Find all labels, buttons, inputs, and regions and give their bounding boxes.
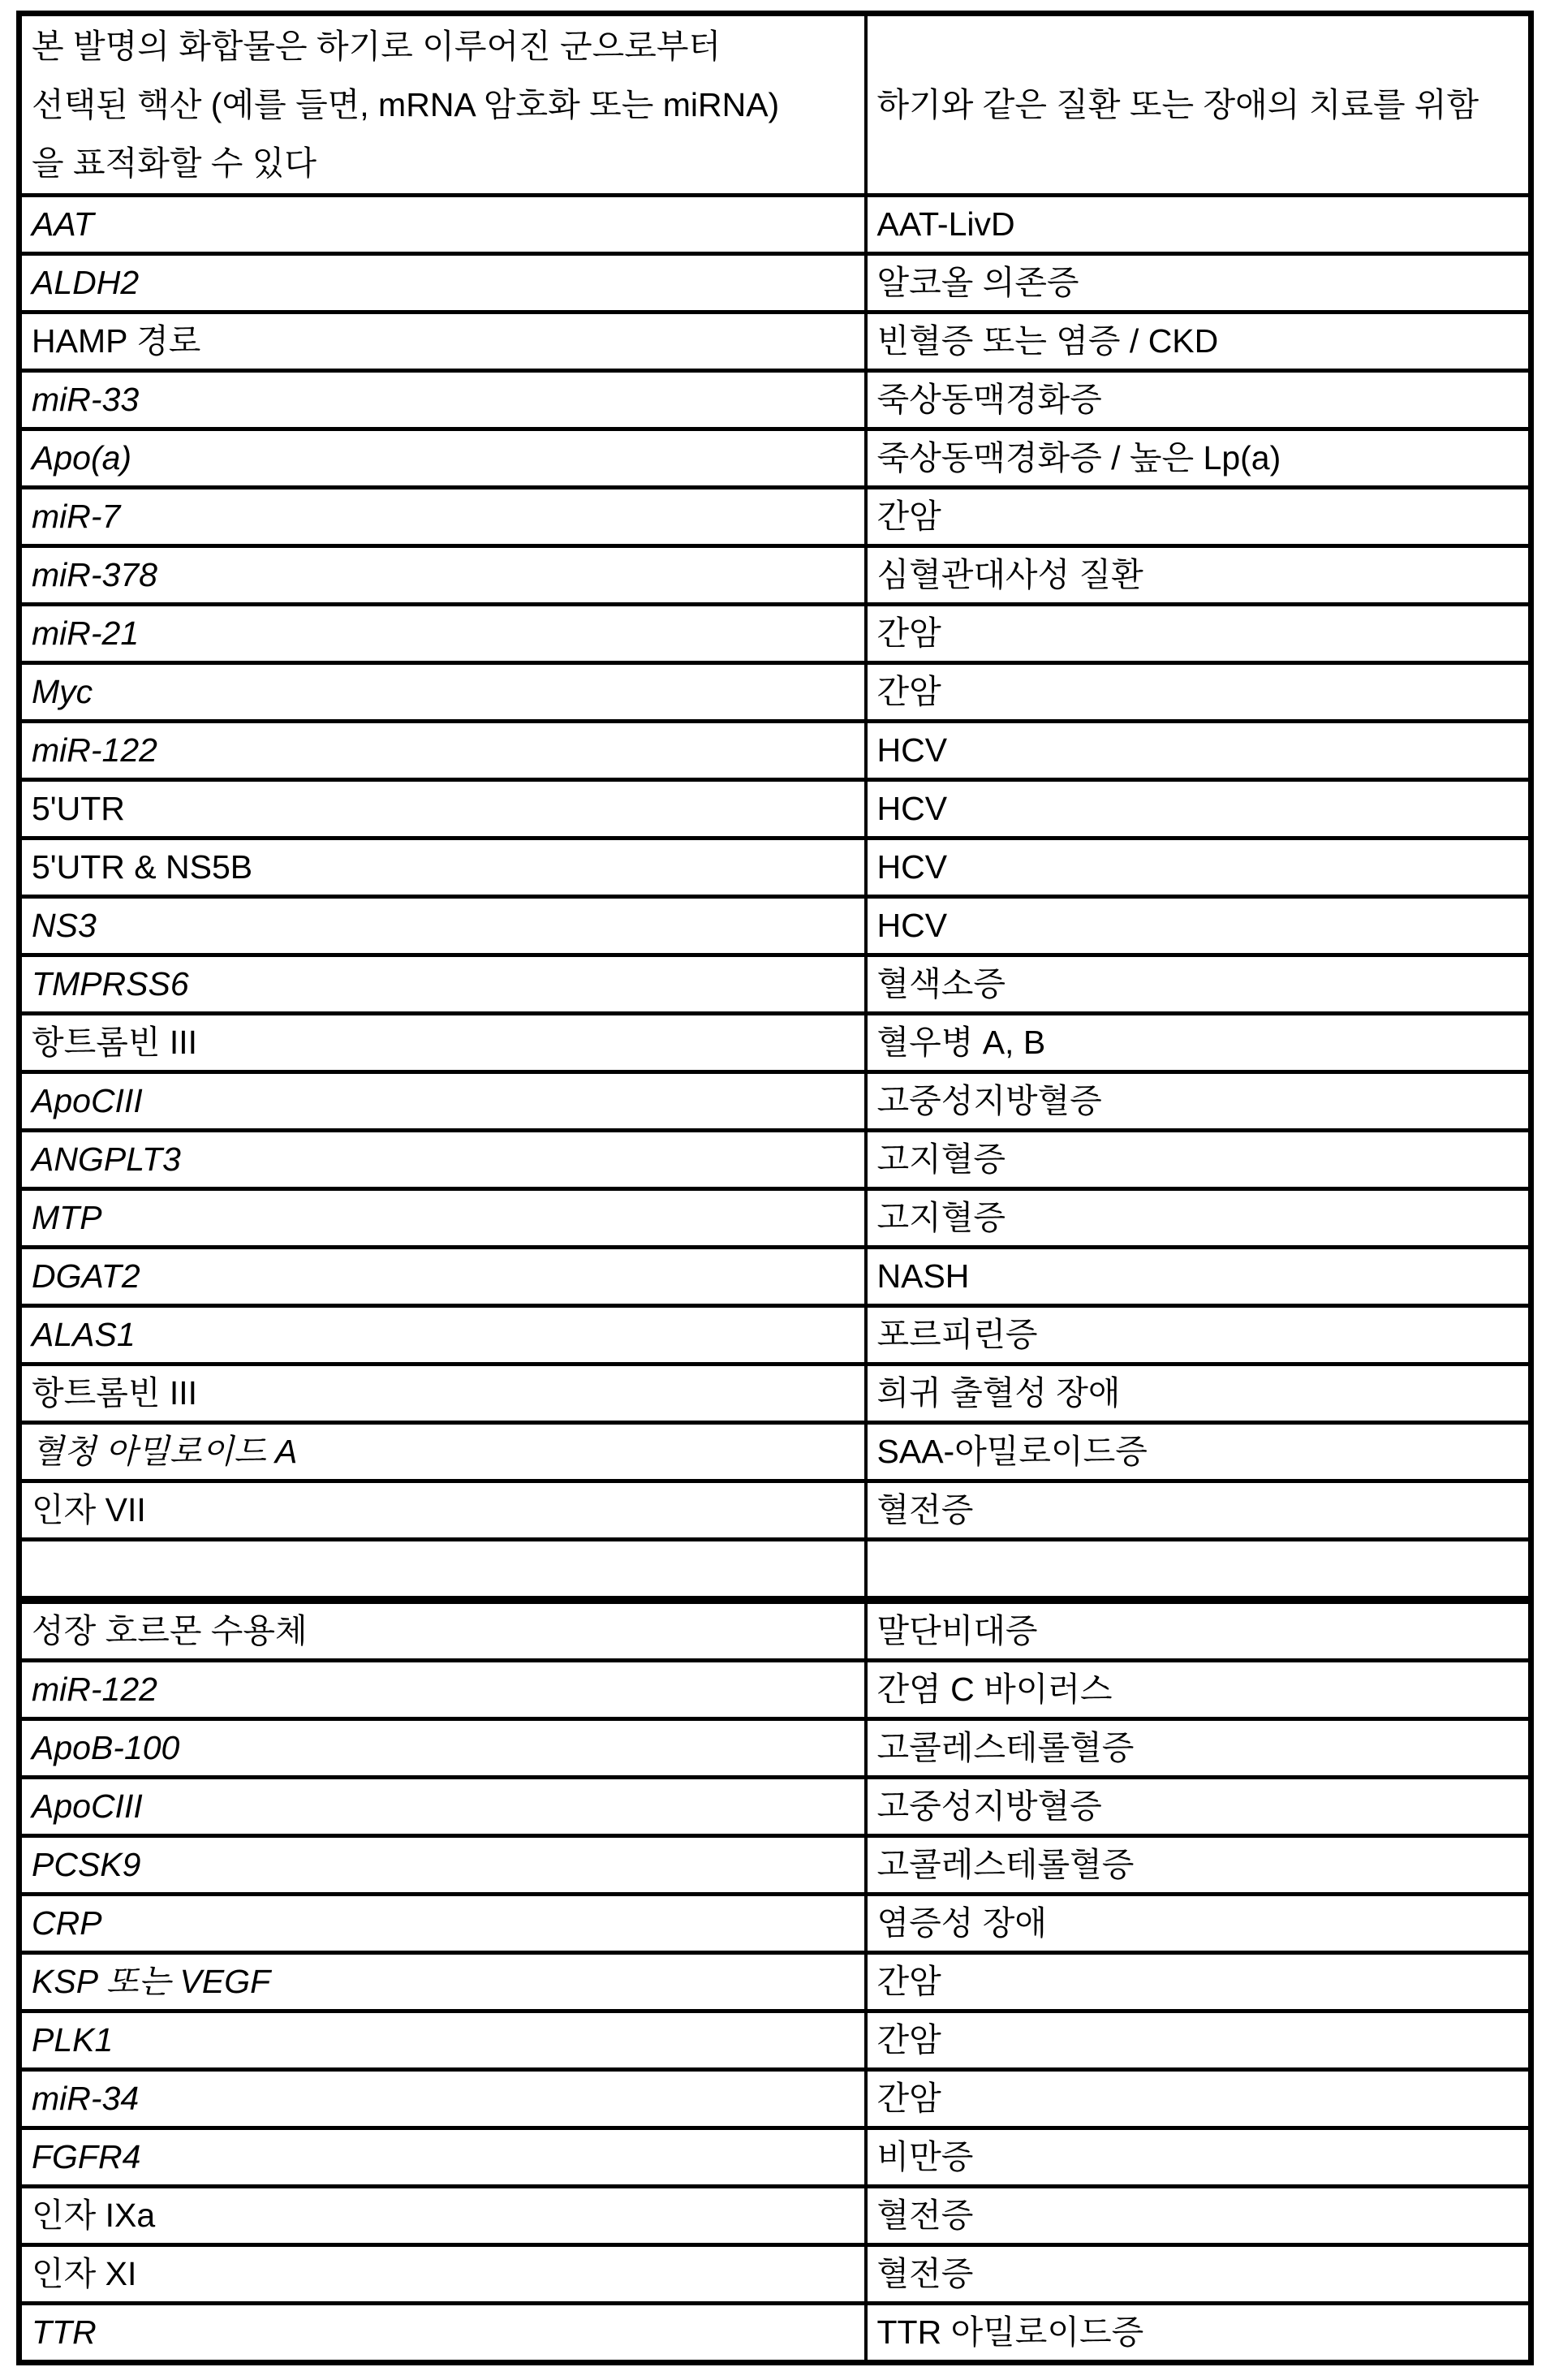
header-row: 본 발명의 화합물은 하기로 이루어진 군으로부터선택된 핵산 (예를 들면, … [19,14,1531,196]
target-cell: miR-33 [19,371,866,429]
disease-cell: 죽상동맥경화증 [866,371,1531,429]
target-cell: FGFR4 [19,2128,866,2187]
target-cell: TMPRSS6 [19,955,866,1014]
table-header: 본 발명의 화합물은 하기로 이루어진 군으로부터선택된 핵산 (예를 들면, … [19,14,1531,196]
target-cell: miR-21 [19,605,866,663]
disease-cell: 혈색소증 [866,955,1531,1014]
table-row: 5'UTRHCV [19,780,1531,839]
target-cell: ApoCIII [19,1072,866,1131]
disease-cell: 간암 [866,2070,1531,2128]
disease-cell: 염증성 장애 [866,1895,1531,1953]
disease-cell: 빈혈증 또는 염증 / CKD [866,313,1531,371]
disease-cell: NASH [866,1248,1531,1306]
table-row: 혈청 아밀로이드 ASAA-아밀로이드증 [19,1423,1531,1481]
target-cell: HAMP 경로 [19,313,866,371]
table-row: NS3HCV [19,897,1531,955]
target-cell: NS3 [19,897,866,955]
disease-cell: 비만증 [866,2128,1531,2187]
disease-cell: 알코올 의존증 [866,254,1531,313]
table-row: ApoCIII고중성지방혈증 [19,1072,1531,1131]
table-row: 인자 VII혈전증 [19,1481,1531,1540]
table-row: miR-33죽상동맥경화증 [19,371,1531,429]
target-cell: DGAT2 [19,1248,866,1306]
target-cell: ApoCIII [19,1778,866,1836]
disease-cell: 혈전증 [866,2187,1531,2245]
target-cell: PLK1 [19,2011,866,2070]
disease-cell: 혈우병 A, B [866,1014,1531,1072]
disease-cell: HCV [866,722,1531,780]
header-disease-text: 하기와 같은 질환 또는 장애의 치료를 위함 [877,86,1479,123]
disease-cell: AAT-LivD [866,196,1531,254]
disease-cell: 희귀 출혈성 장애 [866,1365,1531,1423]
target-cell: ALAS1 [19,1306,866,1365]
table-row: miR-122HCV [19,722,1531,780]
disease-cell: 혈전증 [866,1481,1531,1540]
disease-cell: 심혈관대사성 질환 [866,546,1531,605]
target-cell: ApoB-100 [19,1719,866,1778]
table-row: ApoB-100고콜레스테롤혈증 [19,1719,1531,1778]
table-row: CRP염증성 장애 [19,1895,1531,1953]
target-cell: ANGPLT3 [19,1131,866,1189]
target-cell: Myc [19,663,866,722]
disease-cell: HCV [866,780,1531,839]
disease-cell: 고지혈증 [866,1189,1531,1248]
disease-cell: 말단비대증 [866,1600,1531,1661]
target-disease-table: 본 발명의 화합물은 하기로 이루어진 군으로부터선택된 핵산 (예를 들면, … [16,11,1534,2365]
disease-cell: SAA-아밀로이드증 [866,1423,1531,1481]
disease-cell: 혈전증 [866,2245,1531,2304]
target-cell: AAT [19,196,866,254]
disease-cell: 간암 [866,663,1531,722]
table-row: TMPRSS6혈색소증 [19,955,1531,1014]
disease-cell: 고중성지방혈증 [866,1072,1531,1131]
table-row [19,1540,1531,1601]
table-row: Apo(a)죽상동맥경화증 / 높은 Lp(a) [19,429,1531,488]
disease-cell: 고콜레스테롤혈증 [866,1836,1531,1895]
table-row: miR-122간염 C 바이러스 [19,1661,1531,1719]
disease-cell: HCV [866,839,1531,897]
target-cell: PCSK9 [19,1836,866,1895]
table-row: 항트롬빈 III희귀 출혈성 장애 [19,1365,1531,1423]
target-cell: CRP [19,1895,866,1953]
disease-cell [866,1540,1531,1601]
table-row: AATAAT-LivD [19,196,1531,254]
table-row: 항트롬빈 III혈우병 A, B [19,1014,1531,1072]
target-cell: TTR [19,2304,866,2363]
target-cell: 성장 호르몬 수용체 [19,1600,866,1661]
table-row: 5'UTR & NS5BHCV [19,839,1531,897]
target-cell: 항트롬빈 III [19,1365,866,1423]
table-row: DGAT2NASH [19,1248,1531,1306]
disease-cell: 간암 [866,605,1531,663]
table-row: miR-21간암 [19,605,1531,663]
target-cell [19,1540,866,1601]
table-row: FGFR4비만증 [19,2128,1531,2187]
target-cell: 인자 VII [19,1481,866,1540]
table-row: ANGPLT3고지혈증 [19,1131,1531,1189]
table-row: MTP고지혈증 [19,1189,1531,1248]
target-cell: miR-378 [19,546,866,605]
table-row: ALDH2알코올 의존증 [19,254,1531,313]
disease-cell: 간암 [866,1953,1531,2011]
target-cell: Apo(a) [19,429,866,488]
disease-cell: 고중성지방혈증 [866,1778,1531,1836]
target-cell: 혈청 아밀로이드 A [19,1423,866,1481]
table-row: Myc간암 [19,663,1531,722]
table-row: HAMP 경로빈혈증 또는 염증 / CKD [19,313,1531,371]
table-row: PCSK9고콜레스테롤혈증 [19,1836,1531,1895]
table-row: TTRTTR 아밀로이드증 [19,2304,1531,2363]
table-row: ApoCIII고중성지방혈증 [19,1778,1531,1836]
disease-cell: 간암 [866,488,1531,546]
target-cell: ALDH2 [19,254,866,313]
target-cell: miR-7 [19,488,866,546]
header-target-cell: 본 발명의 화합물은 하기로 이루어진 군으로부터선택된 핵산 (예를 들면, … [19,14,866,196]
table-row: miR-34간암 [19,2070,1531,2128]
table-row: 인자 XI혈전증 [19,2245,1531,2304]
disease-cell: 고콜레스테롤혈증 [866,1719,1531,1778]
target-cell: 항트롬빈 III [19,1014,866,1072]
target-cell: 5'UTR [19,780,866,839]
target-cell: 5'UTR & NS5B [19,839,866,897]
target-cell: miR-122 [19,722,866,780]
disease-cell: TTR 아밀로이드증 [866,2304,1531,2363]
target-cell: miR-34 [19,2070,866,2128]
target-cell: miR-122 [19,1661,866,1719]
header-disease-cell: 하기와 같은 질환 또는 장애의 치료를 위함 [866,14,1531,196]
table-row: miR-378심혈관대사성 질환 [19,546,1531,605]
disease-cell: 포르피린증 [866,1306,1531,1365]
table-row: 인자 IXa혈전증 [19,2187,1531,2245]
table-row: PLK1간암 [19,2011,1531,2070]
disease-cell: 죽상동맥경화증 / 높은 Lp(a) [866,429,1531,488]
disease-cell: 간암 [866,2011,1531,2070]
table-row: KSP 또는 VEGF간암 [19,1953,1531,2011]
table-row: miR-7간암 [19,488,1531,546]
table-row: ALAS1포르피린증 [19,1306,1531,1365]
target-cell: 인자 IXa [19,2187,866,2245]
header-target-text: 본 발명의 화합물은 하기로 이루어진 군으로부터선택된 핵산 (예를 들면, … [32,17,858,192]
disease-cell: 고지혈증 [866,1131,1531,1189]
table-row: 성장 호르몬 수용체말단비대증 [19,1600,1531,1661]
table-body: AATAAT-LivDALDH2알코올 의존증HAMP 경로빈혈증 또는 염증 … [19,196,1531,2363]
target-cell: KSP 또는 VEGF [19,1953,866,2011]
target-cell: MTP [19,1189,866,1248]
disease-cell: HCV [866,897,1531,955]
target-cell: 인자 XI [19,2245,866,2304]
disease-cell: 간염 C 바이러스 [866,1661,1531,1719]
